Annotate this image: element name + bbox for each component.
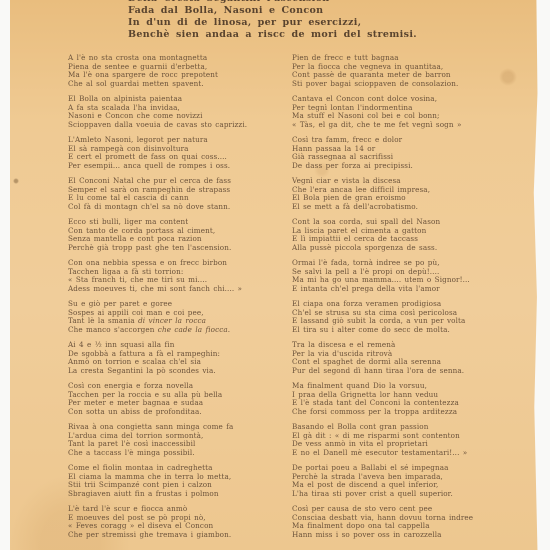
stanza: Cantava el Concon cont dolce vosina,Per …	[292, 95, 520, 129]
poem-line: L'ha tiraa sti pover crist a quell super…	[292, 490, 520, 499]
poem-line: Che a taccass l'è minga possibil.	[68, 449, 280, 458]
poem-header: Della Cresta Segantini l'ascension Fada …	[128, 0, 458, 41]
poem-line: Perchè già tropp past ghe ten l'ascensio…	[68, 244, 280, 253]
stanza: Su e giò per paret e goreeSospes ai appi…	[68, 300, 280, 334]
stanza: De portai poeu a Ballabi el sé impegnaaP…	[292, 464, 520, 498]
stanza: A l'è no sta crosta ona montagnettaPiena…	[68, 54, 280, 88]
poem-line: El se mett a fà dell'acrobatismo.	[292, 203, 520, 212]
stanza: L'Amleto Nasoni, legorot per naturaEl sà…	[68, 136, 280, 170]
stanza: Tra la discesa e el remenàPer la via d'u…	[292, 341, 520, 375]
stanza: Così con energia e forza novellaTacchen …	[68, 382, 280, 416]
poem-column-left: A l'è no sta crosta ona montagnettaPiena…	[68, 54, 280, 546]
stanza: El Bolla on alpinista paientaaA fa sta s…	[68, 95, 280, 129]
poem-line: Scioppaven dalla voeuia de cavas sto cap…	[68, 121, 280, 130]
stanza: L'è tard l'è scur e fiocca anmòE moeuves…	[68, 505, 280, 539]
poem-line: Sti pover bagai scioppaven de consolazio…	[292, 80, 520, 89]
poem-line: « Tàs, el ga dit, che te me fet vegnì so…	[292, 121, 520, 130]
poem-line: Che per stremissi ghe tremava i giambon.	[68, 531, 280, 540]
header-line: Fada dal Bolla, Nasoni e Concon	[128, 5, 458, 17]
stanza: Così tra famm, frecc e dolorHann passaa …	[292, 136, 520, 170]
poem-column-right: Pien de frecc e tutt bagnaaPer la fiocca…	[292, 54, 520, 546]
poem-line: Pur del segond dì hann tiraa l'ora de se…	[292, 367, 520, 376]
poem-line: De dass per forza ai precipissi.	[292, 162, 520, 171]
poem-line: Col fà di montagn ch'el sa nò dove stann…	[68, 203, 280, 212]
poem-line: E no el Danell mè esecutor testamentari!…	[292, 449, 520, 458]
stanza: El ciapa ona forza veramen prodigiosaCh'…	[292, 300, 520, 334]
poem-line: E intanta ch'el prega della vita l'amor	[292, 285, 520, 294]
header-line: Benchè sien andaa a riscc de mori del st…	[128, 29, 458, 41]
stanza: Ma finalment quand Dio la vorsuu,I praa …	[292, 382, 520, 416]
stanza: Vegnì ciar e vista la discesaChe l'era a…	[292, 177, 520, 211]
stanza: Come el fiolin montaa in cadreghettaEl c…	[68, 464, 280, 498]
stanza: Così per causa de sto vero cent peeConsc…	[292, 505, 520, 539]
poem-line: Adess moeuves ti, che mi sont fanch chi.…	[68, 285, 280, 294]
stanza: Ecco sti bulli, liger ma contentCon tant…	[68, 218, 280, 252]
poem-body: A l'è no sta crosta ona montagnettaPiena…	[68, 54, 520, 546]
poem-line: Con sotta un abiss de profonditaa.	[68, 408, 280, 417]
stanza: Con ona nebbia spessa e on frecc birbonT…	[68, 259, 280, 293]
stanza: El Conconi Natal che pur el cerca de fas…	[68, 177, 280, 211]
poem-line: Alla pussè piccola sporgenza de sass.	[292, 244, 520, 253]
poem-line: Sbragiaven aiutt fin a frustas i polmon	[68, 490, 280, 499]
poem-line: El tira su i alter come do secc de molta…	[292, 326, 520, 335]
poem-line: Che al sol guardai metten spavent.	[68, 80, 280, 89]
stanza: Basando el Bolla cont gran passionEl gà …	[292, 423, 520, 457]
stanza: Ormai l'è fada, tornà indree se po pù,Se…	[292, 259, 520, 293]
poem-line: Che forsi commoss per la troppa arditezz…	[292, 408, 520, 417]
poem-line: Per esempii... anca quell de rompes i os…	[68, 162, 280, 171]
stanza: Rivaa à ona congietta sann minga come fa…	[68, 423, 280, 457]
poem-line: La cresta Segantini la pò scondes via.	[68, 367, 280, 376]
header-line: In d'un di de linosa, per pur esercizzi,	[128, 17, 458, 29]
stanza: Cont la soa corda, sui spall del NasonLa…	[292, 218, 520, 252]
stanza: Pien de frecc e tutt bagnaaPer la fiocca…	[292, 54, 520, 88]
stanza: Ai 4 e ½ inn squasi alla finDe sgobbà a …	[68, 341, 280, 375]
poem-line: Che manco s'accorgen che cade la fiocca.	[68, 326, 280, 335]
poem-line: Hann miss i so pover oss in carozzella	[292, 531, 520, 540]
